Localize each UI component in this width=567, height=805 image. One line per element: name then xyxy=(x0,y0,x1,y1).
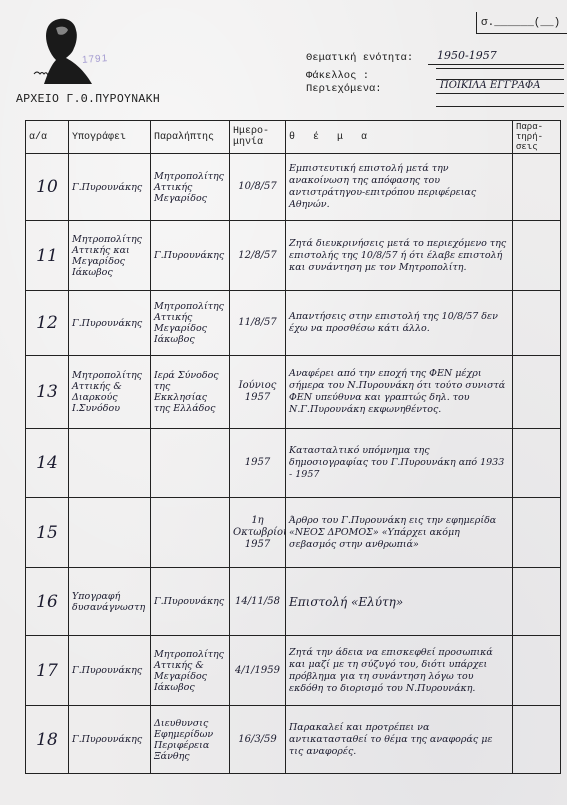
contents-value: ΠΟΙΚΙΛΑ ΕΓΓΡΑΦΑ xyxy=(440,80,540,91)
row-date: 1957 xyxy=(230,429,286,498)
row-recipient: Γ.Πυρουνάκης xyxy=(151,568,230,636)
document-register-table: α/α Υπογράφει Παραλήπτης Ημερο-μηνία θ έ… xyxy=(25,120,561,774)
table-row: 17 Γ.Πυρουνάκης Μητροπολίτης Αττικής & Μ… xyxy=(26,636,561,706)
portrait-logo-icon xyxy=(30,14,100,84)
row-number: 17 xyxy=(26,636,69,706)
row-signer: Μητροπολίτης Αττικής και Μεγαρίδος Ιάκωβ… xyxy=(69,221,151,291)
row-date: 10/8/57 xyxy=(230,154,286,221)
folder-underline xyxy=(436,68,564,69)
row-notes xyxy=(513,356,561,429)
table-row: 14 1957 Κατασταλτικό υπόμνημα της δημοσι… xyxy=(26,429,561,498)
folder-label: Φάκελλος : xyxy=(306,70,369,82)
row-recipient xyxy=(151,498,230,568)
row-date: 14/11/58 xyxy=(230,568,286,636)
thematic-unit-value: 1950-1957 xyxy=(437,49,497,62)
row-notes xyxy=(513,636,561,706)
row-number: 16 xyxy=(26,568,69,636)
row-subject: Επιστολή «Ελύτη» xyxy=(286,568,513,636)
row-number: 15 xyxy=(26,498,69,568)
row-recipient: Ιερά Σύνοδος της Εκκλησίας της Ελλάδος xyxy=(151,356,230,429)
col-header-subject: θ έ μ α xyxy=(286,121,513,154)
col-header-number: α/α xyxy=(26,121,69,154)
row-subject: Άρθρο του Γ.Πυρουνάκη εις την εφημερίδα … xyxy=(286,498,513,568)
row-notes xyxy=(513,221,561,291)
archive-title: ΑΡΧΕΙΟ Γ.Θ.ΠΥΡΟΥΝΑΚΗ xyxy=(16,93,160,106)
thematic-unit-underline xyxy=(428,64,564,65)
row-subject: Ζητά την άδεια να επισκεφθεί προσωπικά κ… xyxy=(286,636,513,706)
row-recipient: Μητροπολίτης Αττικής Μεγαρίδος Ιάκωβος xyxy=(151,291,230,356)
row-recipient: Μητροπολίτης Αττικής & Μεγαρίδος Ιάκωβος xyxy=(151,636,230,706)
row-number: 10 xyxy=(26,154,69,221)
row-date: 1η Οκτωβρίου 1957 xyxy=(230,498,286,568)
row-recipient: Μητροπολίτης Αττικής Μεγαρίδος xyxy=(151,154,230,221)
row-subject: Απαντήσεις στην επιστολή της 10/8/57 δεν… xyxy=(286,291,513,356)
row-recipient: Διευθυνσις Εφημερίδων Περιφέρεια Ξάνθης xyxy=(151,706,230,774)
row-date: Ιούνιος 1957 xyxy=(230,356,286,429)
table-header-row: α/α Υπογράφει Παραλήπτης Ημερο-μηνία θ έ… xyxy=(26,121,561,154)
col-header-signer: Υπογράφει xyxy=(69,121,151,154)
row-subject: Παρακαλεί και προτρέπει να αντικατασταθε… xyxy=(286,706,513,774)
row-subject: Εμπιστευτική επιστολή μετά την ανακοίνωσ… xyxy=(286,154,513,221)
row-signer: Γ.Πυρουνάκης xyxy=(69,154,151,221)
row-notes xyxy=(513,706,561,774)
row-date: 4/1/1959 xyxy=(230,636,286,706)
row-number: 14 xyxy=(26,429,69,498)
row-notes xyxy=(513,291,561,356)
contents-label: Περιεχόμενα: xyxy=(306,83,382,95)
row-number: 18 xyxy=(26,706,69,774)
row-notes xyxy=(513,154,561,221)
row-notes xyxy=(513,568,561,636)
table-row: 15 1η Οκτωβρίου 1957 Άρθρο του Γ.Πυρουνά… xyxy=(26,498,561,568)
row-recipient xyxy=(151,429,230,498)
row-date: 12/8/57 xyxy=(230,221,286,291)
contents-underline-2 xyxy=(436,106,564,107)
table-row: 11 Μητροπολίτης Αττικής και Μεγαρίδος Ιά… xyxy=(26,221,561,291)
col-header-notes: Παρα-τηρή-σεις xyxy=(513,121,561,154)
archive-stamp-number: 1791 xyxy=(82,53,109,66)
col-header-date: Ημερο-μηνία xyxy=(230,121,286,154)
reference-box: σ.______(__) xyxy=(476,12,567,34)
row-subject: Κατασταλτικό υπόμνημα της δημοσιογραφίας… xyxy=(286,429,513,498)
row-notes xyxy=(513,498,561,568)
table-row: 18 Γ.Πυρουνάκης Διευθυνσις Εφημερίδων Πε… xyxy=(26,706,561,774)
row-signer: Γ.Πυρουνάκης xyxy=(69,706,151,774)
table-row: 16 Υπογραφή δυσανάγνωστη Γ.Πυρουνάκης 14… xyxy=(26,568,561,636)
row-notes xyxy=(513,429,561,498)
table-row: 12 Γ.Πυρουνάκης Μητροπολίτης Αττικής Μεγ… xyxy=(26,291,561,356)
row-number: 12 xyxy=(26,291,69,356)
row-recipient: Γ.Πυρουνάκης xyxy=(151,221,230,291)
row-signer xyxy=(69,429,151,498)
row-signer: Γ.Πυρουνάκης xyxy=(69,291,151,356)
thematic-unit-label: Θεματική ενότητα: xyxy=(306,52,413,64)
table-row: 10 Γ.Πυρουνάκης Μητροπολίτης Αττικής Μεγ… xyxy=(26,154,561,221)
row-number: 13 xyxy=(26,356,69,429)
row-subject: Ζητά διευκρινήσεις μετά το περιεχόμενο τ… xyxy=(286,221,513,291)
row-signer: Γ.Πυρουνάκης xyxy=(69,636,151,706)
col-header-recipient: Παραλήπτης xyxy=(151,121,230,154)
table-row: 13 Μητροπολίτης Αττικής & Διαρκούς Ι.Συν… xyxy=(26,356,561,429)
contents-underline xyxy=(436,93,564,94)
row-number: 11 xyxy=(26,221,69,291)
row-signer xyxy=(69,498,151,568)
row-subject: Αναφέρει από την εποχή της ΦΕΝ μέχρι σήμ… xyxy=(286,356,513,429)
row-signer: Υπογραφή δυσανάγνωστη xyxy=(69,568,151,636)
row-signer: Μητροπολίτης Αττικής & Διαρκούς Ι.Συνόδο… xyxy=(69,356,151,429)
row-date: 11/8/57 xyxy=(230,291,286,356)
row-date: 16/3/59 xyxy=(230,706,286,774)
